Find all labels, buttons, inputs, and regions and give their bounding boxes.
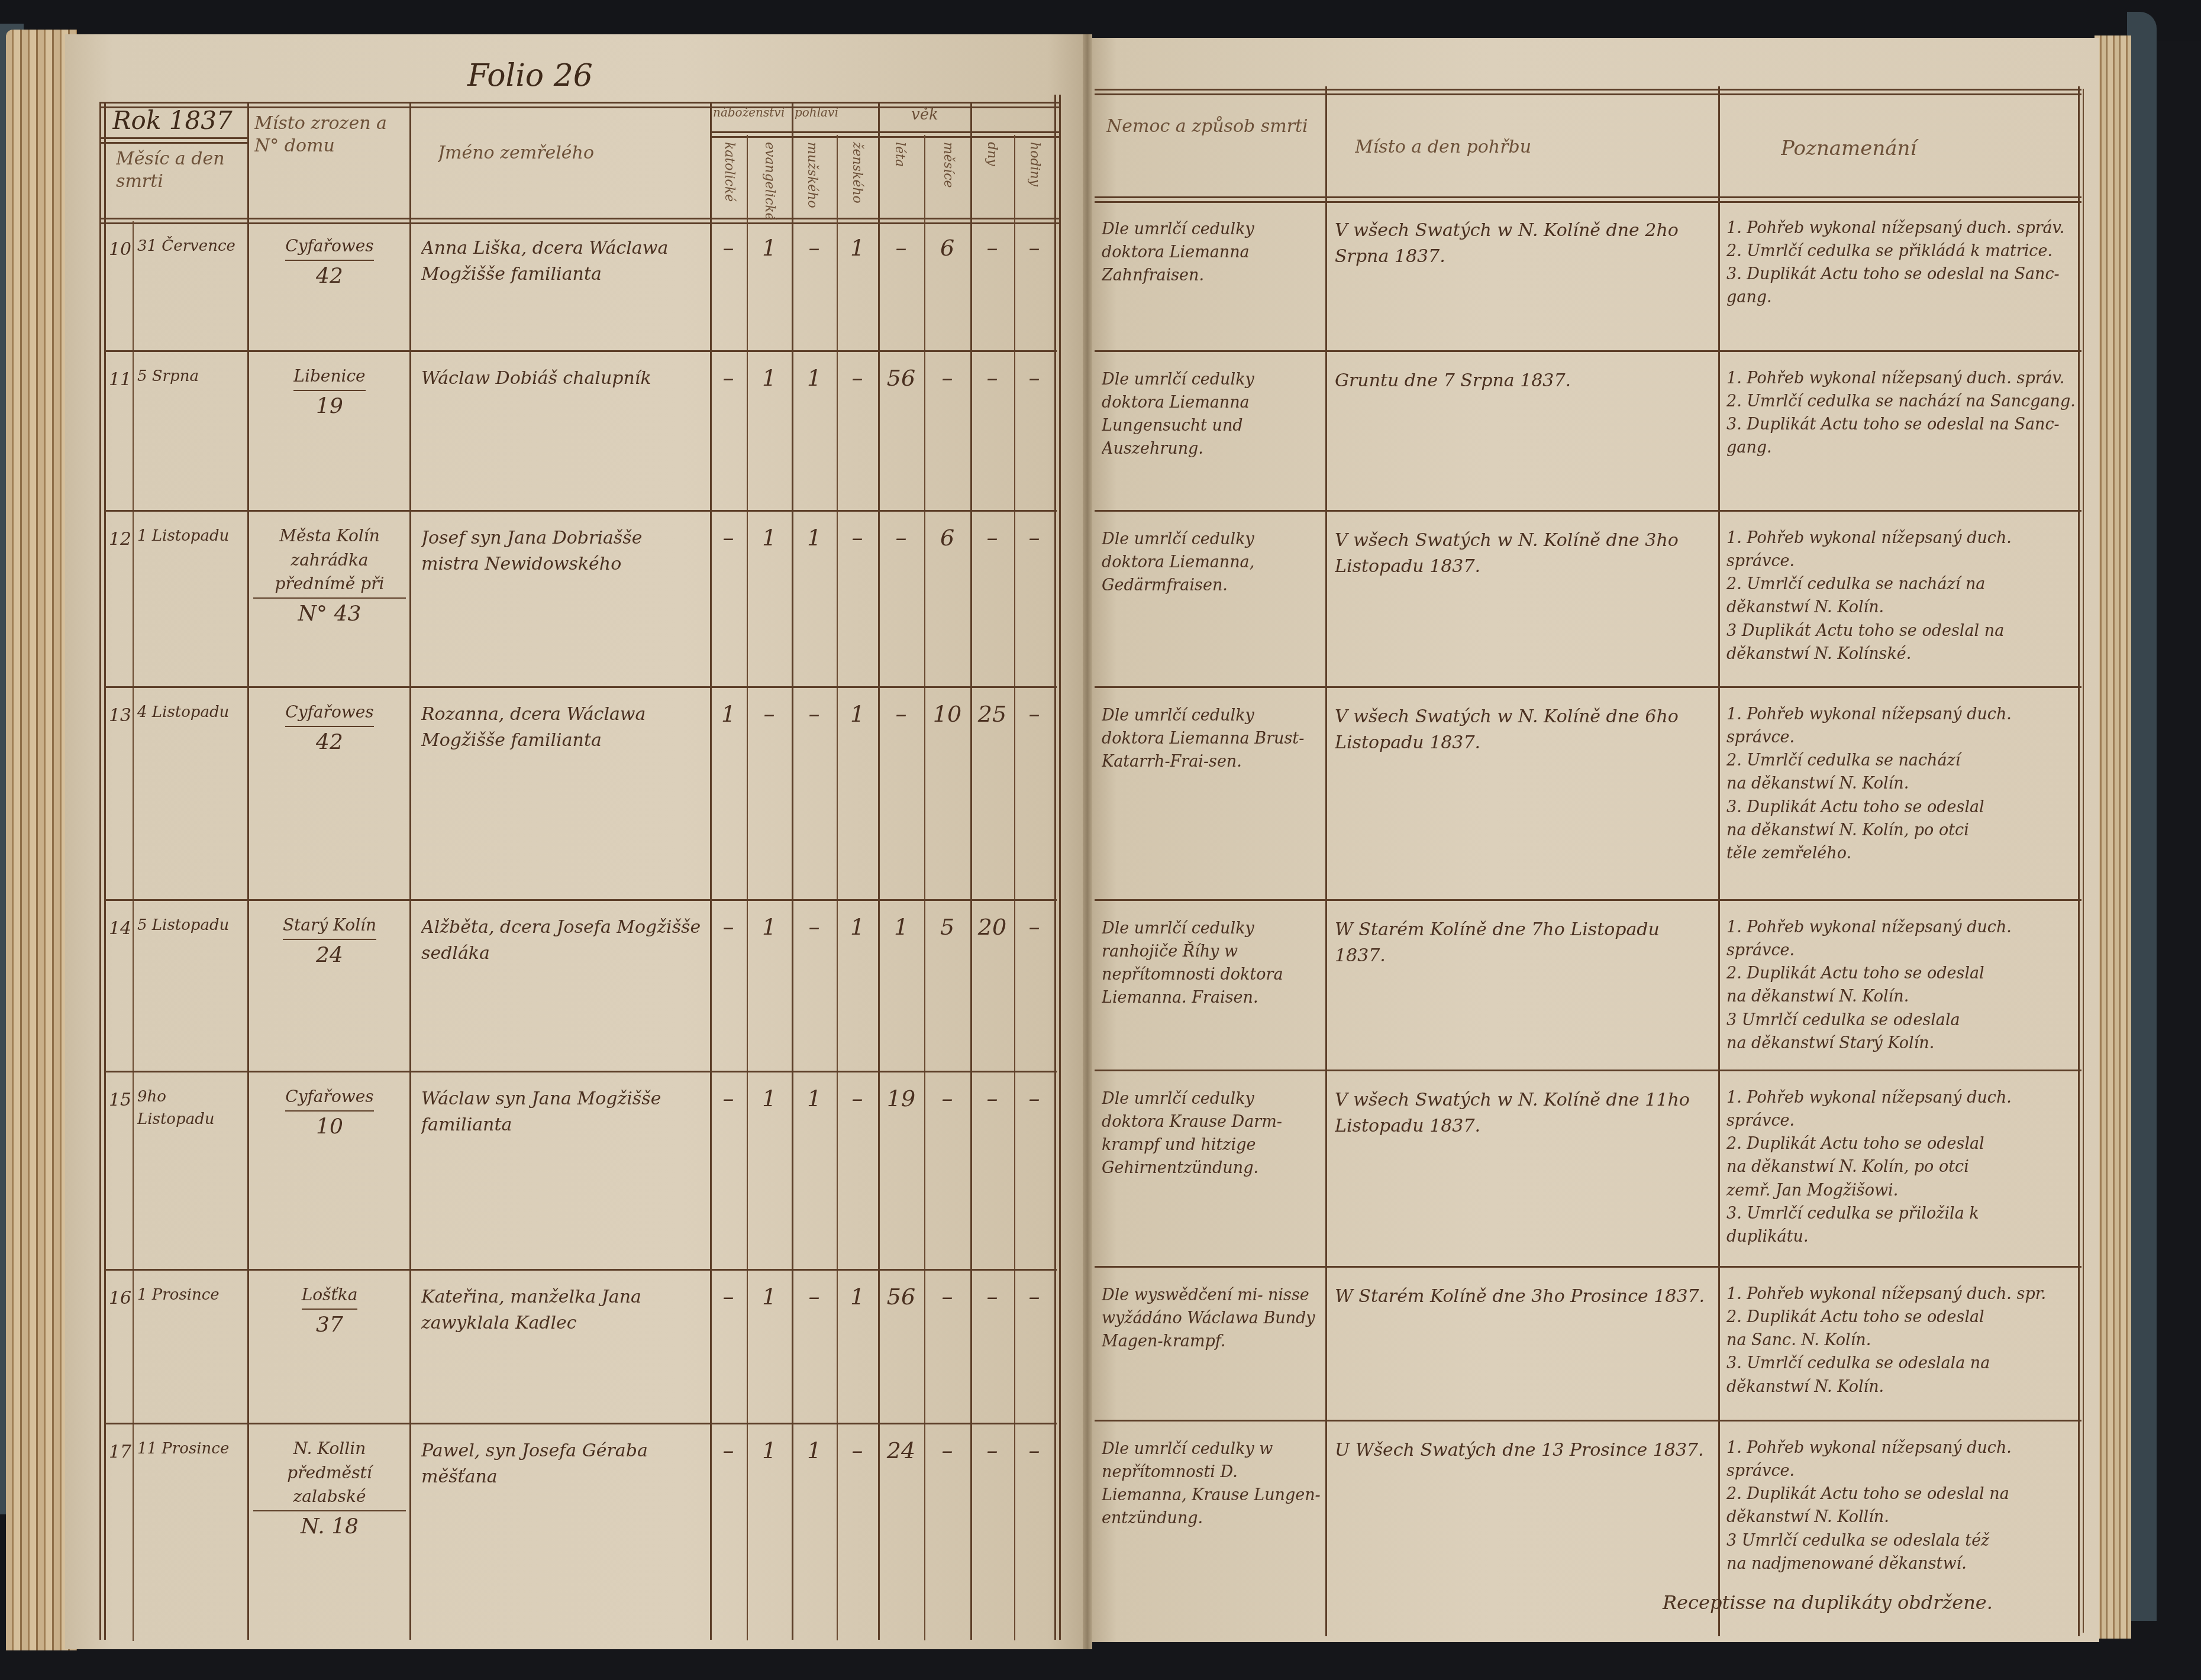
remark-line: duplikátu. <box>1726 1225 2076 1248</box>
header-place-house-no: Místo zrozen a N° domu <box>254 112 402 157</box>
place-of-death: Libenice19 <box>253 364 406 422</box>
remark-line: těle zemřelého. <box>1726 842 2076 865</box>
row-divider <box>104 899 1057 901</box>
count-catholic: – <box>710 522 747 554</box>
place-of-death: Starý Kolín24 <box>253 913 406 971</box>
house-number: 10 <box>253 1112 406 1142</box>
remark-line: správce. <box>1726 939 2076 962</box>
remark-line: 1. Pohřeb wykonal nížepsaný duch. správ. <box>1726 367 2076 390</box>
burial-place-date: W Starém Kolíně dne 7ho Listopadu 1837. <box>1335 917 1713 968</box>
death-date: 1 Listopadu <box>137 525 246 548</box>
cause-of-death: Dle umrlčí cedulky doktora Liemanna Lung… <box>1102 368 1321 461</box>
remark-line: 3. Duplikát Actu toho se odeslal na Sanc… <box>1726 263 2076 286</box>
death-date: 4 Listopadu <box>137 702 246 724</box>
place-of-death: Cyfařowes42 <box>253 234 406 292</box>
count-hours: – <box>1014 1435 1054 1467</box>
remark-line: děkanstwí N. Kolín. <box>1726 596 2076 619</box>
count-catholic: – <box>710 362 747 395</box>
remark-line: 3 Umrlčí cedulka se odeslala <box>1726 1009 2076 1032</box>
death-date: 5 Listopadu <box>137 915 246 937</box>
count-other: 1 <box>747 1435 792 1467</box>
row-divider <box>104 686 1057 688</box>
count-years: 24 <box>878 1435 924 1467</box>
burial-place-date: W Starém Kolíně dne 3ho Prosince 1837. <box>1335 1284 1713 1310</box>
remark-line: správce. <box>1726 726 2076 749</box>
row-divider <box>104 510 1057 512</box>
death-date: 11 Prosince <box>137 1438 246 1461</box>
place-name: Města Kolín zahrádka přednímě při <box>253 524 406 599</box>
remark-line: 3. Umrlčí cedulka se odeslala na <box>1726 1352 2076 1375</box>
row-number: 10 <box>109 237 133 263</box>
row-divider <box>1095 686 2081 688</box>
remark-line: děkanstwí N. Kolín. <box>1726 1375 2076 1398</box>
deceased-name: Rozanna, dcera Wáclawa Mogžišše familian… <box>421 702 705 753</box>
remark-line: 2. Umrlčí cedulka se nachází na <box>1726 573 2076 596</box>
count-other: 1 <box>747 522 792 554</box>
count-catholic: – <box>710 1281 747 1313</box>
remark-line: správce. <box>1726 1459 2076 1482</box>
count-hours: – <box>1014 362 1054 395</box>
row-number: 15 <box>109 1087 133 1113</box>
count-years: 1 <box>878 911 924 944</box>
header-sex-female: ženského <box>850 142 864 203</box>
remarks: 1. Pohřeb wykonal nížepsaný duch.správce… <box>1726 703 2076 865</box>
count-months: – <box>924 1281 970 1313</box>
remarks: 1. Pohřeb wykonal nížepsaný duch.správce… <box>1726 916 2076 1055</box>
remarks: 1. Pohřeb wykonal nížepsaný duch. správ.… <box>1726 367 2076 460</box>
remark-line: zemř. Jan Mogžišowi. <box>1726 1179 2076 1202</box>
count-days: 20 <box>970 911 1014 944</box>
remark-line: gang. <box>1726 436 2076 459</box>
deceased-name: Wáclaw Dobiáš chalupník <box>421 366 705 392</box>
count-male: 1 <box>792 522 837 554</box>
burial-place-date: V wšech Swatých w N. Kolíně dne 11ho Lis… <box>1335 1087 1713 1139</box>
count-catholic: – <box>710 232 747 264</box>
count-months: 5 <box>924 911 970 944</box>
row-divider <box>1095 510 2081 512</box>
place-name: Starý Kolín <box>283 913 376 940</box>
count-male: – <box>792 232 837 264</box>
count-catholic: 1 <box>710 698 747 731</box>
count-days: – <box>970 1281 1014 1313</box>
count-male: – <box>792 911 837 944</box>
place-name: Lošťka <box>302 1283 358 1310</box>
count-male: – <box>792 1281 837 1313</box>
deceased-name: Josef syn Jana Dobriašše mistra Newidows… <box>421 525 705 577</box>
deceased-name: Anna Liška, dcera Wáclawa Mogžišše famil… <box>421 235 705 287</box>
row-number: 12 <box>109 526 133 553</box>
count-female: 1 <box>837 698 878 731</box>
remark-line: 3 Duplikát Actu toho se odeslal na <box>1726 619 2076 642</box>
remark-line: gang. <box>1726 286 2076 309</box>
remark-line: 3. Duplikát Actu toho se odeslal na Sanc… <box>1726 413 2076 436</box>
count-months: – <box>924 1435 970 1467</box>
count-days: – <box>970 362 1014 395</box>
count-other: 1 <box>747 1281 792 1313</box>
header-age-years: léta <box>892 142 907 167</box>
place-name: Libenice <box>293 364 365 391</box>
cause-of-death: Dle umrlčí cedulky w nepřítomnosti D. Li… <box>1102 1437 1321 1530</box>
count-catholic: – <box>710 1435 747 1467</box>
remark-line: 1. Pohřeb wykonal nížepsaný duch. <box>1726 703 2076 726</box>
remark-line: na děkanstwí N. Kolín. <box>1726 772 2076 795</box>
header-age-months: měsíce <box>941 142 956 188</box>
deceased-name: Pawel, syn Josefa Géraba měšťana <box>421 1438 705 1490</box>
place-of-death: Cyfařowes42 <box>253 700 406 758</box>
count-months: – <box>924 362 970 395</box>
count-female: – <box>837 1435 878 1467</box>
cause-of-death: Dle umrlčí cedulky ranhojiče Říhy w nepř… <box>1102 917 1321 1010</box>
row-number: 14 <box>109 916 133 942</box>
remark-line: 1. Pohřeb wykonal nížepsaný duch. <box>1726 1436 2076 1459</box>
row-number: 13 <box>109 703 133 729</box>
row-divider <box>1095 1266 2081 1268</box>
row-divider <box>104 350 1057 352</box>
count-catholic: – <box>710 911 747 944</box>
header-age: věk <box>911 105 1029 125</box>
header-age-days: dny <box>985 142 999 166</box>
count-hours: – <box>1014 1281 1054 1313</box>
header-religion: náboženství <box>713 105 791 120</box>
header-name-of-deceased: Jméno zemřelého <box>438 142 698 164</box>
remark-line: 2. Duplikát Actu toho se odeslal <box>1726 1306 2076 1329</box>
remark-line: 1. Pohřeb wykonal nížepsaný duch. <box>1726 1086 2076 1109</box>
remark-line: 2. Umrlčí cedulka se přikládá k matrice. <box>1726 240 2076 263</box>
remark-line: na Sanc. N. Kolín. <box>1726 1329 2076 1352</box>
page-stack-right <box>2094 35 2131 1639</box>
count-days: – <box>970 1083 1014 1115</box>
header-age-hours: hodiny <box>1027 142 1042 186</box>
remark-line: 1. Pohřeb wykonal nížepsaný duch. <box>1726 916 2076 939</box>
deceased-name: Alžběta, dcera Josefa Mogžišše sedláka <box>421 915 705 966</box>
death-date: 5 Srpna <box>137 366 246 388</box>
count-female: 1 <box>837 232 878 264</box>
remark-line: 2. Umrlčí cedulka se nachází na Sancgang… <box>1726 390 2076 413</box>
burial-place-date: V wšech Swatých w N. Kolíně dne 2ho Srpn… <box>1335 218 1713 269</box>
remark-line: 1. Pohřeb wykonal nížepsaný duch. spr. <box>1726 1282 2076 1306</box>
deceased-name: Wáclaw syn Jana Mogžišše familianta <box>421 1086 705 1138</box>
cause-of-death: Dle umrlčí cedulky doktora Krause Darm-k… <box>1102 1087 1321 1180</box>
count-hours: – <box>1014 522 1054 554</box>
remark-line: na děkanstwí Starý Kolín. <box>1726 1032 2076 1055</box>
row-divider <box>104 1269 1057 1271</box>
death-date: 9ho Listopadu <box>137 1086 246 1130</box>
deceased-name: Kateřina, manželka Jana zawyklala Kadlec <box>421 1284 705 1336</box>
remarks: 1. Pohřeb wykonal nížepsaný duch.správce… <box>1726 1436 2076 1575</box>
house-number: 37 <box>253 1310 406 1340</box>
row-number: 17 <box>109 1439 133 1465</box>
death-date: 1 Prosince <box>137 1284 246 1307</box>
count-other: 1 <box>747 362 792 395</box>
remark-line: 2. Duplikát Actu toho se odeslal na <box>1726 1482 2076 1505</box>
header-religion-catholic: katolické <box>722 142 737 202</box>
remark-line: správce. <box>1726 550 2076 573</box>
count-male: – <box>792 698 837 731</box>
place-of-death: Města Kolín zahrádka přednímě přiN° 43 <box>253 524 406 629</box>
place-name: Cyfařowes <box>285 700 373 727</box>
count-female: – <box>837 362 878 395</box>
row-divider <box>1095 899 2081 901</box>
remarks: 1. Pohřeb wykonal nížepsaný duch.správce… <box>1726 526 2076 665</box>
count-hours: – <box>1014 232 1054 264</box>
row-divider <box>1095 1420 2081 1421</box>
count-other: 1 <box>747 911 792 944</box>
house-number: 24 <box>253 940 406 971</box>
count-male: 1 <box>792 362 837 395</box>
count-days: 25 <box>970 698 1014 731</box>
header-cause-of-death: Nemoc a způsob smrti <box>1106 115 1319 138</box>
count-days: – <box>970 1435 1014 1467</box>
book-cover-right <box>2127 12 2157 1621</box>
row-number: 11 <box>109 367 133 393</box>
count-male: 1 <box>792 1435 837 1467</box>
remark-line: 3. Duplikát Actu toho se odeslal <box>1726 796 2076 819</box>
count-female: – <box>837 522 878 554</box>
remarks: 1. Pohřeb wykonal nížepsaný duch.správce… <box>1726 1086 2076 1248</box>
count-hours: – <box>1014 911 1054 944</box>
remark-line: 2. Duplikát Actu toho se odeslal <box>1726 1132 2076 1155</box>
cause-of-death: Dle wyswědčení mi- nisse wyžádáno Wáclaw… <box>1102 1284 1321 1353</box>
count-months: 6 <box>924 522 970 554</box>
house-number: 19 <box>253 391 406 422</box>
count-days: – <box>970 232 1014 264</box>
header-sex-male: mužského <box>805 142 819 208</box>
count-hours: – <box>1014 1083 1054 1115</box>
remark-line: 3. Umrlčí cedulka se přiložila k <box>1726 1202 2076 1225</box>
place-of-death: Cyfařowes10 <box>253 1085 406 1142</box>
remark-line: děkanstwí N. Kolínské. <box>1726 642 2076 665</box>
count-hours: – <box>1014 698 1054 731</box>
remark-line: na děkanstwí N. Kolín, po otci <box>1726 819 2076 842</box>
burial-place-date: U Wšech Swatých dne 13 Prosince 1837. <box>1335 1437 1713 1463</box>
count-months: 6 <box>924 232 970 264</box>
remark-line: správce. <box>1726 1109 2076 1132</box>
count-years: – <box>878 232 924 264</box>
place-of-death: Lošťka37 <box>253 1283 406 1340</box>
remark-line: 1. Pohřeb wykonal nížepsaný duch. <box>1726 526 2076 550</box>
remark-line: na děkanstwí N. Kolín, po otci <box>1726 1155 2076 1178</box>
house-number: 42 <box>253 261 406 292</box>
folio-label: Folio 26 <box>467 58 593 93</box>
house-number: N° 43 <box>253 599 406 629</box>
count-female: 1 <box>837 911 878 944</box>
header-religion-other: evangelické <box>762 142 777 221</box>
year-label: Rok 1837 <box>112 105 233 137</box>
remark-line: 1. Pohřeb wykonal nížepsaný duch. správ. <box>1726 217 2076 240</box>
place-name: N. Kollin předměstí zalabské <box>253 1437 406 1511</box>
burial-place-date: V wšech Swatých w N. Kolíně dne 6ho List… <box>1335 704 1713 755</box>
burial-place-date: V wšech Swatých w N. Kolíně dne 3ho List… <box>1335 528 1713 579</box>
header-sex: pohlaví <box>795 105 877 120</box>
place-of-death: N. Kollin předměstí zalabskéN. 18 <box>253 1437 406 1542</box>
remarks: 1. Pohřeb wykonal nížepsaný duch. spr.2.… <box>1726 1282 2076 1398</box>
cause-of-death: Dle umrlčí cedulky doktora Liemanna Zahn… <box>1102 218 1321 287</box>
count-years: 19 <box>878 1083 924 1115</box>
count-male: 1 <box>792 1083 837 1115</box>
row-divider <box>1095 1070 2081 1071</box>
count-female: – <box>837 1083 878 1115</box>
cause-of-death: Dle umrlčí cedulky doktora Liemanna Brus… <box>1102 704 1321 773</box>
remarks: 1. Pohřeb wykonal nížepsaný duch. správ.… <box>1726 217 2076 309</box>
header-remarks: Poznamenání <box>1781 136 2065 161</box>
house-number: N. 18 <box>253 1511 406 1542</box>
count-years: 56 <box>878 362 924 395</box>
cause-of-death: Dle umrlčí cedulky doktora Liemanna, Ged… <box>1102 528 1321 597</box>
place-name: Cyfařowes <box>285 234 373 261</box>
header-date-of-death: Měsíc a den smrti <box>116 148 243 192</box>
row-divider <box>1095 350 2081 352</box>
remark-line: děkanstwí N. Kollín. <box>1726 1505 2076 1529</box>
count-female: 1 <box>837 1281 878 1313</box>
remark-line: na děkanstwí N. Kolín. <box>1726 985 2076 1008</box>
house-number: 42 <box>253 727 406 758</box>
burial-place-date: Gruntu dne 7 Srpna 1837. <box>1335 368 1713 394</box>
count-catholic: – <box>710 1083 747 1115</box>
row-divider <box>104 1423 1057 1424</box>
death-date: 31 Července <box>137 235 246 258</box>
header-burial-place-date: Místo a den pohřbu <box>1355 136 1710 159</box>
place-name: Cyfařowes <box>285 1085 373 1112</box>
count-months: – <box>924 1083 970 1115</box>
count-days: – <box>970 522 1014 554</box>
count-years: – <box>878 522 924 554</box>
remark-line: 3 Umrlčí cedulka se odeslala též <box>1726 1529 2076 1552</box>
count-other: 1 <box>747 1083 792 1115</box>
remark-line: na nadjmenowané děkanstwí. <box>1726 1552 2076 1575</box>
count-months: 10 <box>924 698 970 731</box>
count-years: – <box>878 698 924 731</box>
count-years: 56 <box>878 1281 924 1313</box>
remark-line: 2. Duplikát Actu toho se odeslal <box>1726 962 2076 985</box>
count-other: – <box>747 698 792 731</box>
row-number: 16 <box>109 1285 133 1311</box>
row-divider <box>104 1071 1057 1072</box>
book-gutter <box>1083 34 1092 1649</box>
remark-line: 2. Umrlčí cedulka se nachází <box>1726 749 2076 772</box>
count-other: 1 <box>747 232 792 264</box>
closing-note: Receptisse na duplikáty obdržene. <box>1663 1591 1993 1614</box>
